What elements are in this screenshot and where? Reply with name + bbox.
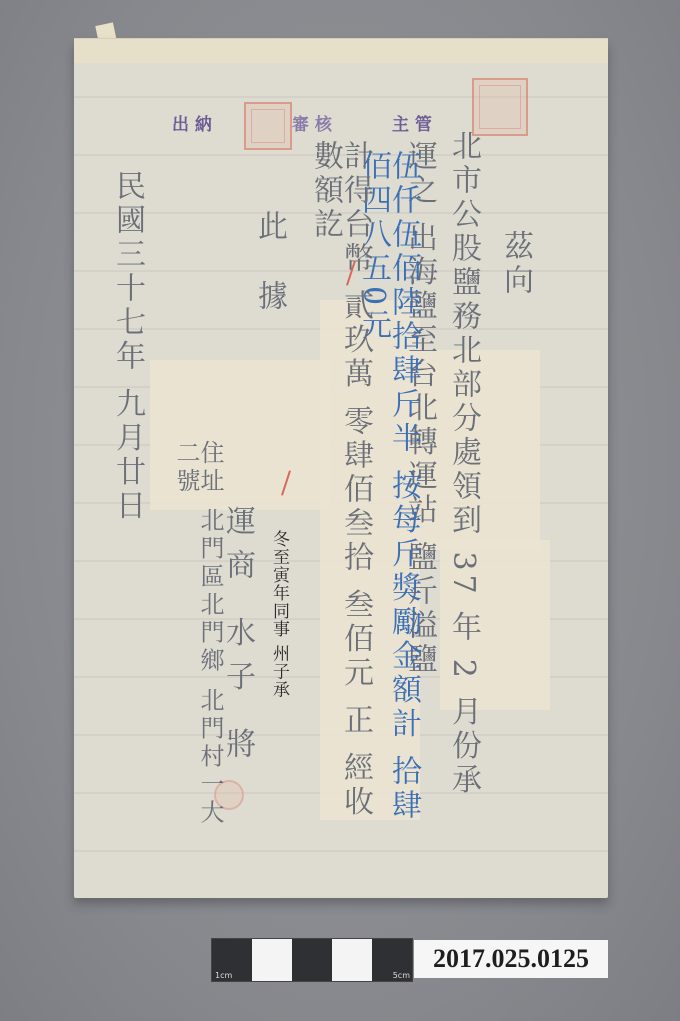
scale-label-5cm: 5cm bbox=[393, 971, 410, 980]
text-column-2: 北市公股鹽務北部分處領到 37 年 2 月份承 bbox=[448, 130, 478, 850]
merchant-column: 運商 水子 將 bbox=[222, 505, 252, 805]
text-column-5: 計得台幣 貳玖萬 零肆佰叁拾 叁佰元 正 經收數額訖 bbox=[310, 140, 370, 840]
seal-stamp-audit bbox=[244, 102, 292, 150]
annotation-column: 冬至寅年同事 州子承 bbox=[270, 530, 287, 698]
address-column: 住址 北門區北門鄉 北門村一大二號 bbox=[174, 440, 222, 840]
date-column: 民國三十七年 九月廿日 bbox=[112, 170, 142, 630]
paper-top-edge bbox=[74, 38, 608, 63]
text-column-closing: 此據 bbox=[254, 210, 284, 350]
header-label-cashier: 出 納 bbox=[172, 110, 212, 135]
scale-label-1cm: 1cm bbox=[215, 971, 232, 980]
text-column-1: 茲向 bbox=[500, 230, 530, 298]
header-label-supervisor: 主 管 bbox=[392, 110, 432, 135]
accession-number-label: 2017.025.0125 bbox=[414, 940, 608, 978]
scale-bar: 1cm 5cm bbox=[211, 938, 413, 982]
seal-stamp-supervisor bbox=[472, 78, 528, 136]
header-label-audit: 審 核 bbox=[292, 110, 332, 135]
